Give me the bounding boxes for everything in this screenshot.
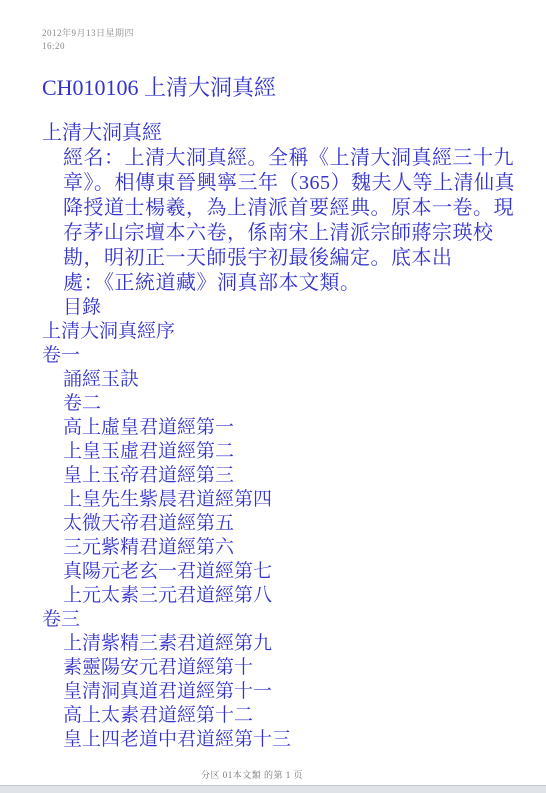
toc-item: 皇上玉帝君道經第三 — [63, 464, 516, 488]
date-text: 2012年9月13日星期四 — [42, 27, 134, 40]
date-stamp: 2012年9月13日星期四 16:20 — [42, 27, 134, 53]
document-body: 上清大洞真經 經名：上清大洞真經。全稱《上清大洞真經三十九 章》。相傳東晉興寧三… — [42, 120, 516, 752]
toc-item: 皇上四老道中君道經第十三 — [63, 728, 516, 752]
toc-item: 太微天帝君道經第五 — [63, 512, 516, 536]
toc-item: 卷一 — [42, 344, 516, 368]
toc-label: 目錄 — [63, 296, 516, 320]
paragraph-line: 存茅山宗壇本六卷，係南宋上清派宗師蔣宗瑛校 — [63, 221, 516, 246]
paragraph-line: 經名：上清大洞真經。全稱《上清大洞真經三十九 — [63, 146, 516, 171]
toc-item: 皇清洞真道君道經第十一 — [63, 680, 516, 704]
toc-item: 誦經玉訣 — [63, 368, 516, 392]
paragraph-line: 處：《正統道藏》洞真部本文類。 — [63, 271, 516, 296]
toc-item: 上清大洞真經序 — [42, 320, 516, 344]
time-text: 16:20 — [42, 40, 134, 53]
toc-item: 上元太素三元君道經第八 — [63, 584, 516, 608]
toc-item: 高上虛皇君道經第一 — [63, 416, 516, 440]
page-footer: 分区 01本文類 的第 1 页 — [0, 768, 504, 781]
page-title: CH010106 上清大洞真經 — [42, 74, 276, 102]
toc-item: 卷三 — [42, 608, 516, 632]
horizontal-scrollbar[interactable] — [0, 785, 546, 793]
toc-item: 高上太素君道經第十二 — [63, 704, 516, 728]
paragraph-line: 章》。相傳東晉興寧三年（365）魏夫人等上清仙真 — [63, 171, 516, 196]
document-page: 2012年9月13日星期四 16:20 CH010106 上清大洞真經 上清大洞… — [0, 0, 546, 793]
doc-heading: 上清大洞真經 — [42, 120, 516, 146]
paragraph-line: 勘，明初正一天師張宇初最後編定。底本出 — [63, 246, 516, 271]
toc-item: 真陽元老玄一君道經第七 — [63, 560, 516, 584]
toc-item: 上皇玉虛君道經第二 — [63, 440, 516, 464]
toc-item: 上皇先生紫晨君道經第四 — [63, 488, 516, 512]
toc-item: 素靈陽安元君道經第十 — [63, 656, 516, 680]
toc-item: 上清紫精三素君道經第九 — [63, 632, 516, 656]
toc-item: 三元紫精君道經第六 — [63, 536, 516, 560]
paragraph-line: 降授道士楊羲，為上清派首要經典。原本一卷。現 — [63, 196, 516, 221]
toc-item: 卷二 — [63, 392, 516, 416]
